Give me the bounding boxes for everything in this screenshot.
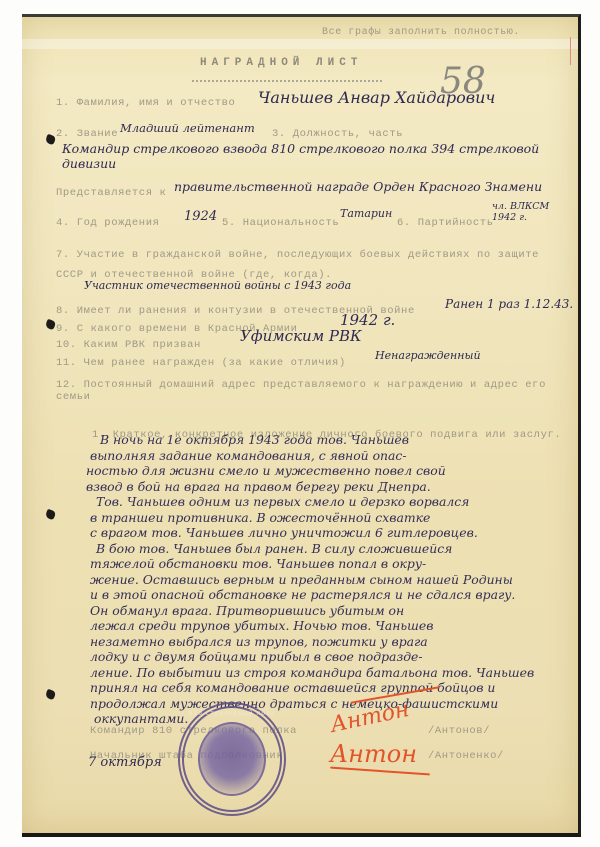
narrative-line: незаметно выбрался из трупов, пожитки у … xyxy=(60,634,570,650)
narrative-line: взвод в бой на врага на правом берегу ре… xyxy=(60,479,570,495)
document-date: 7 октября xyxy=(88,755,162,770)
red-tick-mark xyxy=(570,37,571,65)
signature-1-name: /Антонов/ xyxy=(428,725,490,737)
field-2-label: 2. Звание xyxy=(56,128,118,140)
stamp-text: 810 стрелковый полк xyxy=(184,710,280,717)
field-1-label: 1. Фамилия, имя и отчество xyxy=(56,97,235,109)
title-underline xyxy=(192,80,382,82)
chief-of-staff-signature: Антон xyxy=(330,740,417,768)
narrative-line: ностью для жизни смело и мужественно пов… xyxy=(60,463,570,479)
field-5-label: 5. Национальность xyxy=(222,217,339,229)
narrative-line: Тов. Чаньшев одним из первых смело и дер… xyxy=(60,494,570,510)
signature-2-name: /Антоненко/ xyxy=(428,750,504,762)
field-3-label: 3. Должность, часть xyxy=(272,128,403,140)
field-6-value: чл. ВЛКСМ 1942 г. xyxy=(492,201,562,223)
award-value: правительственной награде Орден Красного… xyxy=(174,179,542,194)
narrative-text: В ночь на 1е октября 1943 года тов. Чань… xyxy=(60,432,570,727)
official-stamp: 810 стрелковый полк xyxy=(178,702,286,816)
narrative-line: жение. Оставшись верным и преданным сыно… xyxy=(60,572,570,588)
field-11-label: 11. Чем ранее награжден (за какие отличи… xyxy=(56,357,346,369)
field-3-value: Командир стрелкового взвода 810 стрелков… xyxy=(62,141,542,171)
narrative-line: продолжал мужественно драться с немецко-… xyxy=(60,696,570,712)
field-4-value: 1924 xyxy=(184,209,217,224)
award-label: Представляется к xyxy=(56,187,166,199)
page-title: НАГРАДНОЙ ЛИСТ xyxy=(200,57,362,69)
narrative-line: выполняя задание командования, с явной о… xyxy=(60,448,570,464)
narrative-line: тяжелой обстановки тов. Чаньшев попал в … xyxy=(60,556,570,572)
narrative-line: с врагом тов. Чаньшев лично уничтожил 6 … xyxy=(60,525,570,541)
field-2-value: Младший лейтенант xyxy=(120,121,255,135)
field-12-label: 12. Постоянный домашний адрес представля… xyxy=(56,379,561,403)
field-6-label: 6. Партийность xyxy=(397,217,494,229)
narrative-line: и в этой опасной обстановке не растерялс… xyxy=(60,587,570,603)
field-10-label: 10. Каким РВК призван xyxy=(56,339,201,351)
narrative-line: В бою тов. Чаньшев был ранен. В силу сло… xyxy=(60,541,570,557)
narrative-line: лодку и с двумя бойцами прибыл в свое по… xyxy=(60,649,570,665)
field-1-value: Чаньшев Анвар Хайдарович xyxy=(258,88,495,107)
field-8-value: Ранен 1 раз 1.12.43. xyxy=(445,297,573,311)
narrative-line: ление. По выбытии из строя командира бат… xyxy=(60,665,570,681)
field-7-value: Участник отечественной войны с 1943 года xyxy=(84,279,351,292)
narrative-line: в траншеи противника. В ожесточённой схв… xyxy=(60,510,570,526)
narrative-line: принял на себя командование оставшейся г… xyxy=(60,680,570,696)
field-11-value: Ненагражденный xyxy=(375,349,481,362)
field-10-value: Уфимским РВК xyxy=(240,327,362,345)
field-4-label: 4. Год рождения xyxy=(56,217,160,229)
narrative-line: лежал среди трупов убитых. Ночью тов. Ча… xyxy=(60,618,570,634)
stamp-emblem xyxy=(198,722,266,796)
narrative-line: В ночь на 1е октября 1943 года тов. Чань… xyxy=(60,432,570,448)
header-note: Все графы заполнить полностью. xyxy=(322,27,520,38)
narrative-line: Он обманул врага. Притворившись убитым о… xyxy=(60,603,570,619)
field-5-value: Татарин xyxy=(340,207,392,220)
